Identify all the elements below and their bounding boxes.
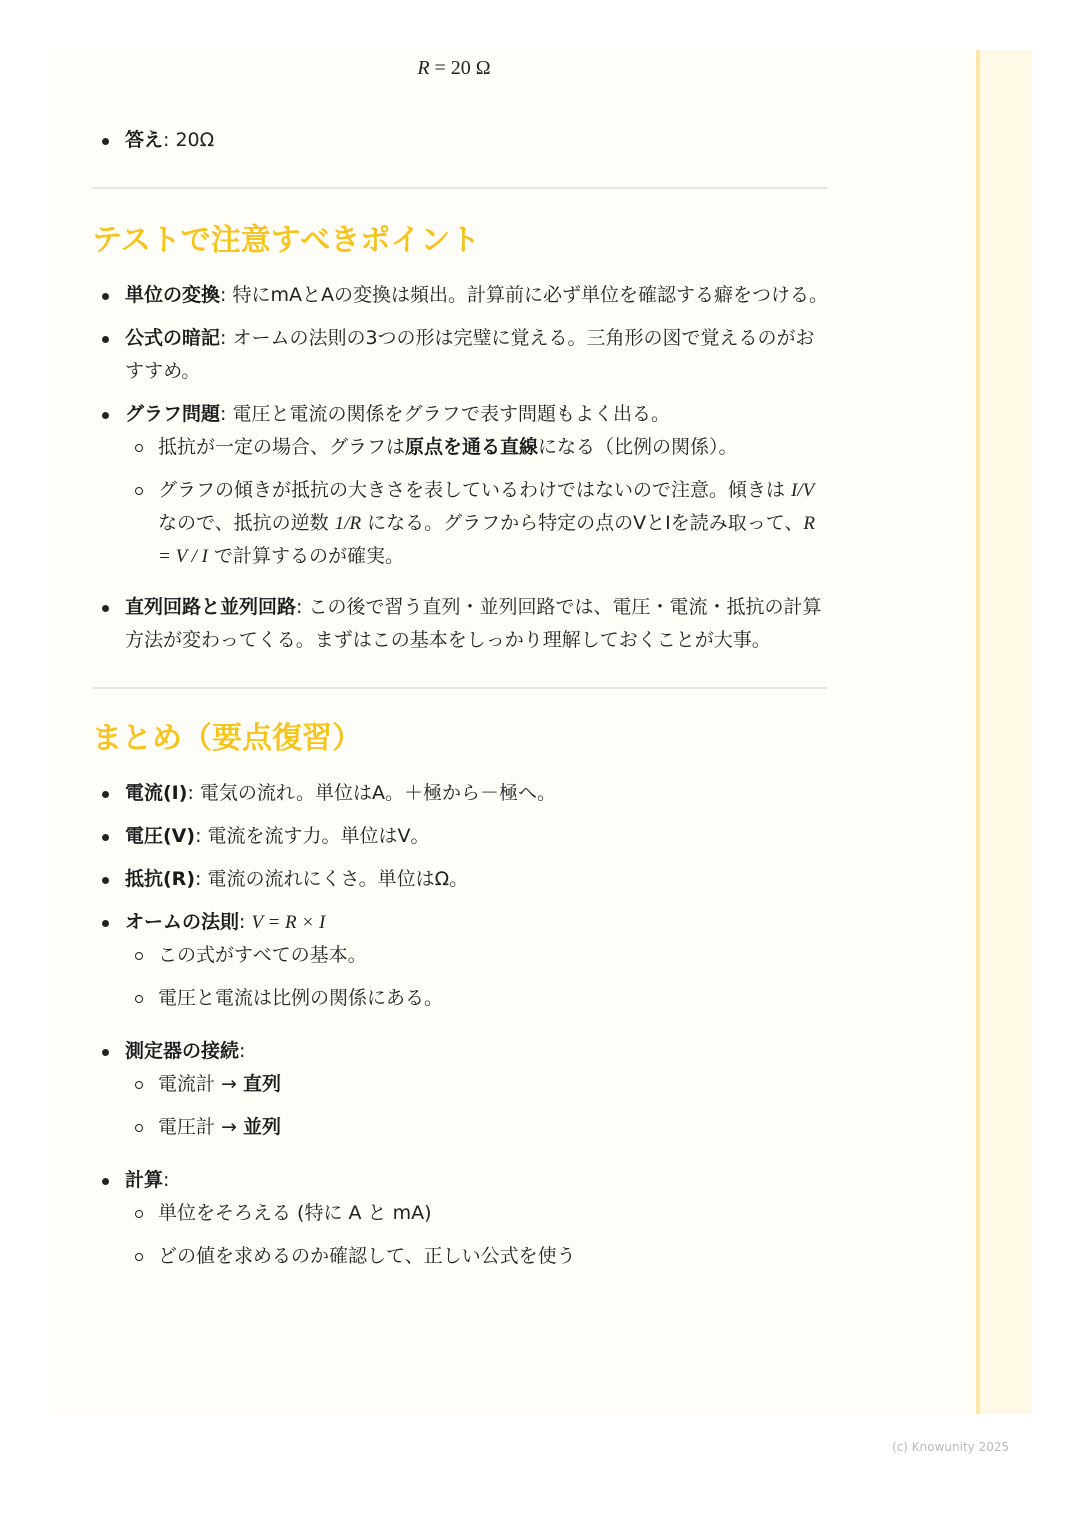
- list-item: 電流(I): 電気の流れ。単位はA。＋極から－極へ。: [92, 777, 828, 810]
- math-inline: V = R × I: [251, 912, 325, 933]
- sub-text: 電圧計 →: [158, 1116, 243, 1138]
- divider: [92, 187, 827, 189]
- answer-text: : 20Ω: [163, 129, 214, 151]
- item-label: 電流(I): [125, 782, 187, 804]
- sub-list-item: 抵抗が一定の場合、グラフは原点を通る直線になる（比例の関係）。: [125, 431, 828, 464]
- list-item: 直列回路と並列回路: この後で習う直列・並列回路では、電圧・電流・抵抗の計算方法…: [92, 591, 828, 657]
- item-label: 抵抗(R): [125, 868, 195, 890]
- sub-list: 抵抗が一定の場合、グラフは原点を通る直線になる（比例の関係）。 グラフの傾きが抵…: [125, 431, 828, 573]
- item-text: : オームの法則の3つの形は完璧に覚える。三角形の図で覚えるのがおすすめ。: [125, 327, 815, 382]
- item-text: :: [239, 911, 251, 933]
- item-label: 単位の変換: [125, 284, 220, 306]
- list-item-answer: 答え: 20Ω: [92, 124, 828, 157]
- sub-text: になる（比例の関係）。: [538, 436, 738, 458]
- list-item: 計算: 単位をそろえる (特に A と mA) どの値を求めるのか確認して、正し…: [92, 1164, 828, 1273]
- copyright-footer: (c) Knowunity 2025: [892, 1440, 1009, 1454]
- item-label: 計算: [125, 1169, 163, 1191]
- item-label: 公式の暗記: [125, 327, 220, 349]
- item-text: : 電流の流れにくさ。単位はΩ。: [195, 868, 468, 890]
- sub-text: 抵抗が一定の場合、グラフは: [158, 436, 405, 458]
- formula-rhs: = 20 Ω: [435, 57, 491, 79]
- sub-text: どの値を求めるのか確認して、正しい公式を使う: [158, 1245, 576, 1267]
- sub-list: 単位をそろえる (特に A と mA) どの値を求めるのか確認して、正しい公式を…: [125, 1197, 828, 1273]
- math-inline: 1/R: [335, 513, 361, 534]
- list-item: 公式の暗記: オームの法則の3つの形は完璧に覚える。三角形の図で覚えるのがおすす…: [92, 322, 828, 388]
- item-text: :: [239, 1040, 245, 1062]
- item-label: 電圧(V): [125, 825, 195, 847]
- list-item: 測定器の接続: 電流計 → 直列 電圧計 → 並列: [92, 1035, 828, 1144]
- test-points-list: 単位の変換: 特にmAとAの変換は頻出。計算前に必ず単位を確認する癖をつける。 …: [92, 279, 828, 657]
- math-inline: I/V: [791, 480, 814, 501]
- sub-text: 電流計 →: [158, 1073, 243, 1095]
- item-text: : 特にmAとAの変換は頻出。計算前に必ず単位を確認する癖をつける。: [220, 284, 828, 306]
- sub-list-item: 単位をそろえる (特に A と mA): [125, 1197, 828, 1230]
- list-item: オームの法則: V = R × I この式がすべての基本。 電圧と電流は比例の関…: [92, 906, 828, 1015]
- section-heading-test-points: テストで注意すべきポイント: [92, 221, 828, 261]
- answer-list: 答え: 20Ω: [92, 124, 828, 157]
- sub-bold: 並列: [243, 1116, 281, 1138]
- sub-list-item: 電圧計 → 並列: [125, 1111, 828, 1144]
- sub-text: 単位をそろえる (特に A と mA): [158, 1202, 432, 1224]
- sub-list-item: グラフの傾きが抵抗の大きさを表しているわけではないので注意。傾きは I/V なの…: [125, 474, 828, 573]
- formula-block: R = 20 Ω: [80, 48, 828, 88]
- sub-text: になる。グラフから特定の点のVとIを読み取って、: [361, 512, 803, 534]
- item-label: 直列回路と並列回路: [125, 596, 296, 618]
- formula-lhs: R: [417, 57, 429, 79]
- sub-bold: 直列: [243, 1073, 281, 1095]
- item-text: : 電流を流す力。単位はV。: [195, 825, 429, 847]
- summary-list: 電流(I): 電気の流れ。単位はA。＋極から－極へ。 電圧(V): 電流を流す力…: [92, 777, 828, 1273]
- sub-text: 電圧と電流は比例の関係にある。: [158, 987, 443, 1009]
- item-text: : 電圧と電流の関係をグラフで表す問題もよく出る。: [220, 403, 670, 425]
- item-text: : 電気の流れ。単位はA。＋極から－極へ。: [187, 782, 556, 804]
- answer-label: 答え: [125, 129, 163, 151]
- divider: [92, 687, 827, 689]
- list-item: グラフ問題: 電圧と電流の関係をグラフで表す問題もよく出る。 抵抗が一定の場合、…: [92, 398, 828, 573]
- list-item: 単位の変換: 特にmAとAの変換は頻出。計算前に必ず単位を確認する癖をつける。: [92, 279, 828, 312]
- list-item: 抵抗(R): 電流の流れにくさ。単位はΩ。: [92, 863, 828, 896]
- side-margin-strip: [976, 50, 1032, 1414]
- sub-list: 電流計 → 直列 電圧計 → 並列: [125, 1068, 828, 1144]
- item-label: 測定器の接続: [125, 1040, 239, 1062]
- sub-list: この式がすべての基本。 電圧と電流は比例の関係にある。: [125, 939, 828, 1015]
- item-text: :: [163, 1169, 169, 1191]
- sub-list-item: 電圧と電流は比例の関係にある。: [125, 982, 828, 1015]
- document-content: R = 20 Ω 答え: 20Ω テストで注意すべきポイント 単位の変換: 特に…: [92, 48, 828, 1273]
- sub-text: グラフの傾きが抵抗の大きさを表しているわけではないので注意。傾きは: [158, 479, 791, 501]
- list-item: 電圧(V): 電流を流す力。単位はV。: [92, 820, 828, 853]
- section-heading-summary: まとめ（要点復習）: [92, 719, 828, 759]
- sub-list-item: この式がすべての基本。: [125, 939, 828, 972]
- sub-list-item: どの値を求めるのか確認して、正しい公式を使う: [125, 1240, 828, 1273]
- item-label: オームの法則: [125, 911, 239, 933]
- sub-list-item: 電流計 → 直列: [125, 1068, 828, 1101]
- item-label: グラフ問題: [125, 403, 220, 425]
- sub-text: なので、抵抗の逆数: [158, 512, 335, 534]
- sub-text: この式がすべての基本。: [158, 944, 367, 966]
- sub-bold: 原点を通る直線: [405, 436, 538, 458]
- sub-text: で計算するのが確実。: [208, 545, 404, 567]
